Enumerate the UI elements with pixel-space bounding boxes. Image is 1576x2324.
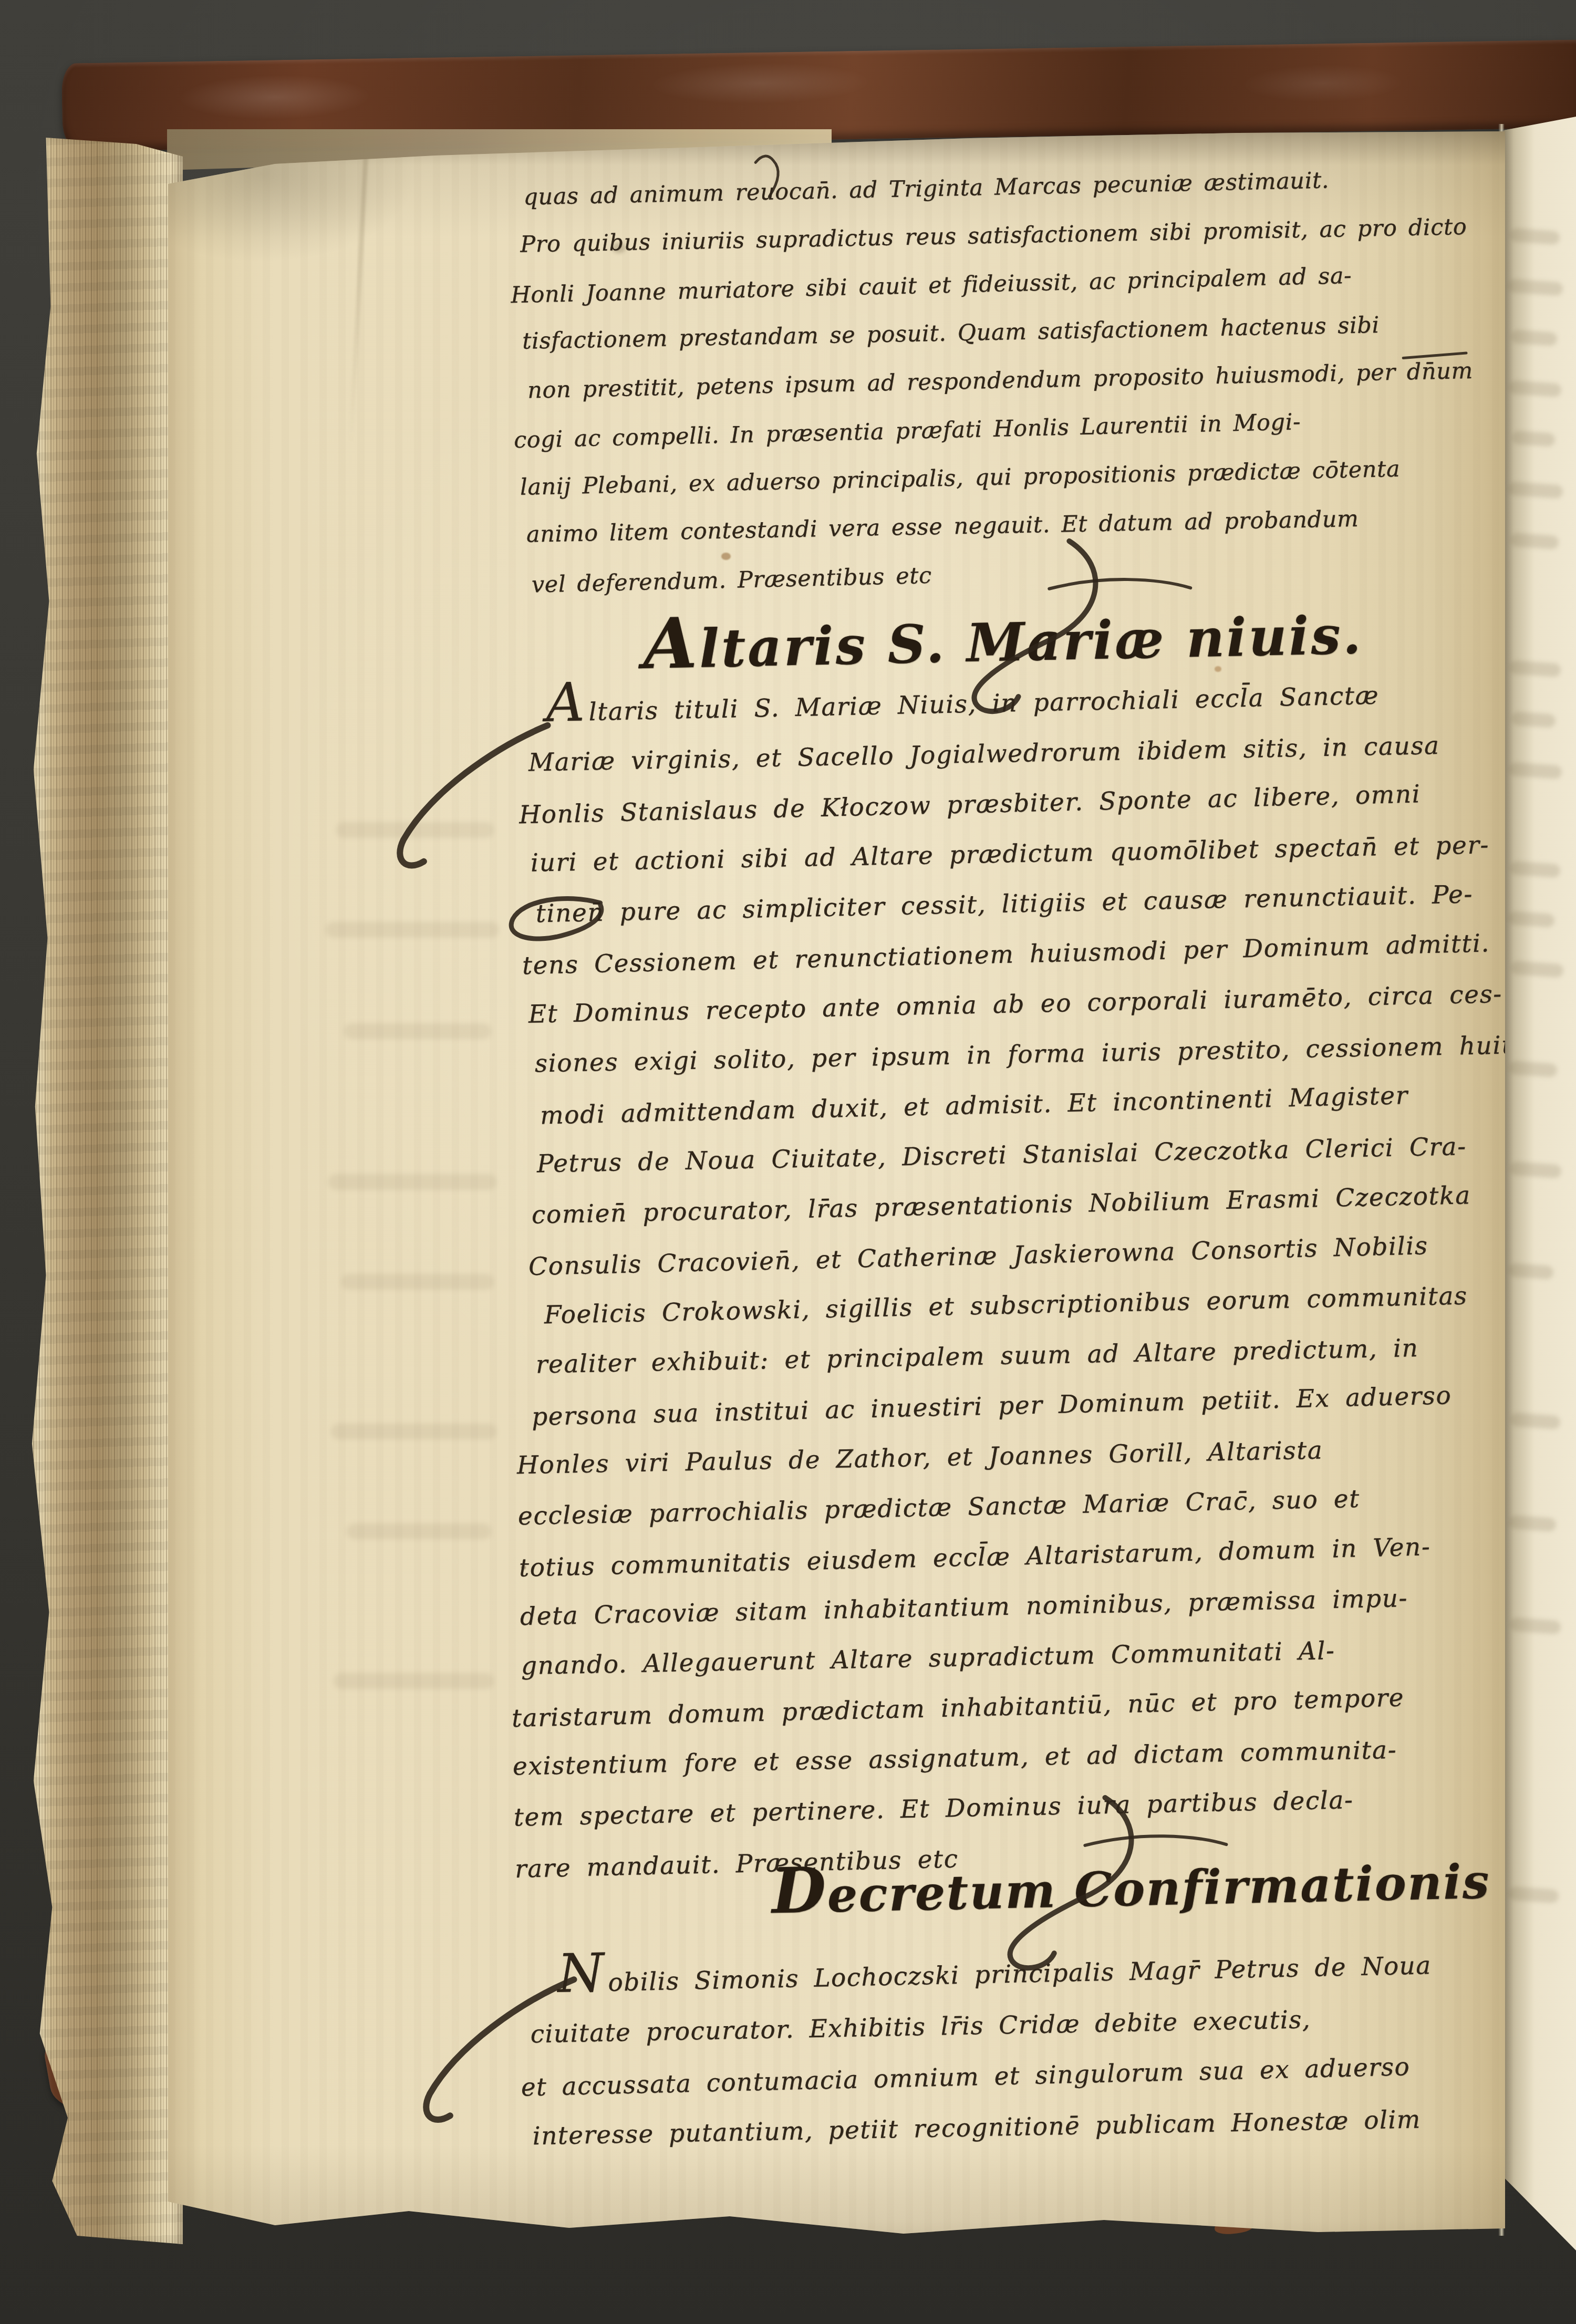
- show-through-text: [1508, 762, 1562, 780]
- handwritten-text-layer: quas ad animum reuocan̄. ad Triginta Mar…: [168, 131, 1505, 2251]
- show-through-text: [1511, 430, 1556, 447]
- section-heading-decretum: Decretum Confirmationis: [771, 1840, 1491, 1928]
- paragraph-altaris-entry: Altaris tituli S. Mariæ Niuis, in parroc…: [521, 658, 1505, 1893]
- manuscript-page: quas ad animum reuocan̄. ad Triginta Mar…: [168, 131, 1505, 2251]
- show-through-text: [1508, 1263, 1554, 1280]
- show-through-text: [1511, 711, 1556, 728]
- book-photograph: quas ad animum reuocan̄. ad Triginta Mar…: [0, 0, 1576, 2324]
- paragraph-satisfaction-case: quas ad animum reuocan̄. ad Triginta Mar…: [512, 153, 1477, 608]
- page-fore-edge-stack: [27, 138, 183, 2244]
- show-through-text: [1509, 660, 1561, 678]
- show-through-text: [1508, 1886, 1559, 1904]
- show-through-text: [1508, 1515, 1557, 1532]
- paragraph-decretum-entry: Nobilis Simonis Lochoczski principalis M…: [522, 1930, 1435, 2163]
- show-through-text: [1508, 1061, 1558, 1077]
- show-through-text: [1510, 533, 1559, 549]
- show-through-text: [1508, 380, 1562, 398]
- show-through-text: [1509, 228, 1560, 245]
- show-through-text: [1510, 329, 1558, 346]
- facing-page-edge: [1504, 117, 1576, 2250]
- show-through-text: [1507, 278, 1563, 296]
- show-through-text: [1508, 911, 1555, 928]
- show-through-text: [1508, 481, 1563, 499]
- show-through-text: [1510, 961, 1564, 978]
- show-through-text: [1509, 861, 1561, 878]
- show-through-text: [1509, 1161, 1562, 1179]
- show-through-text: [1509, 1617, 1561, 1635]
- show-through-text: [1510, 1413, 1561, 1430]
